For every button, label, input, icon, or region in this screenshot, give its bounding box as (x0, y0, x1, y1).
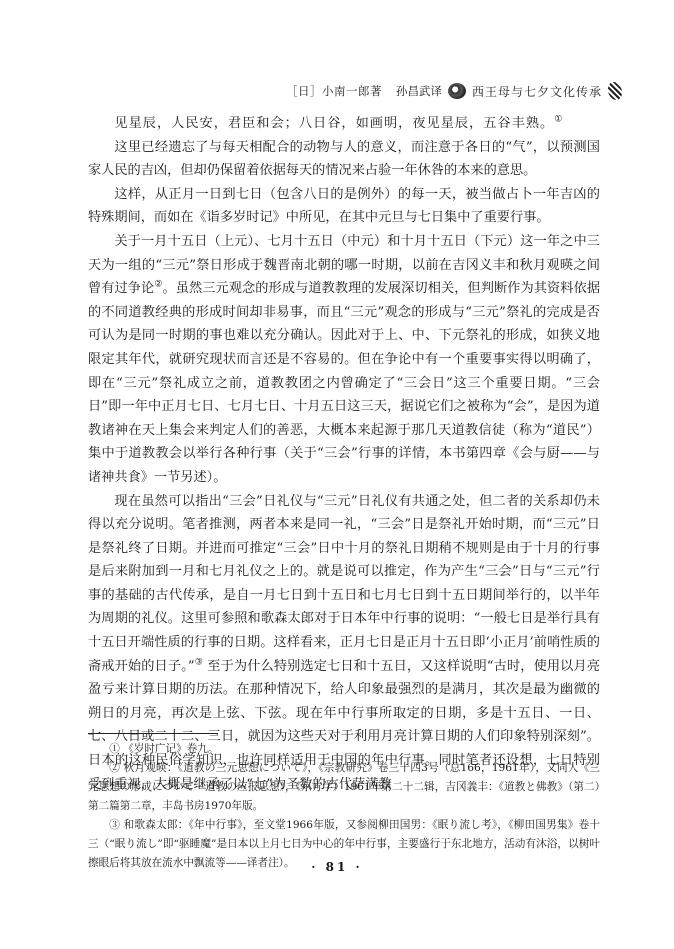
footnote-text: 《岁时广记》卷九。 (123, 743, 218, 755)
footnote-item: ① 《岁时广记》卷九。 (88, 740, 600, 759)
paragraph-text: 现在虽然可以指出“三会”日礼仪与“三元”日礼仪有共通之处，但二者的关系却仍未得以… (88, 494, 600, 674)
footnote-ref[interactable]: ③ (195, 657, 203, 667)
footnote-ref[interactable]: ① (554, 115, 563, 125)
footnotes: ① 《岁时广记》卷九。 ② 秋月观暎：《道教の三元思想について》，《宗教研究》卷… (88, 740, 600, 873)
header-book-title: 西王母与七夕文化传承 (472, 83, 602, 100)
footnote-marker: ② (109, 762, 120, 774)
footnote-divider (88, 733, 218, 734)
paragraph-text: 。虽然三元观念的形成与道教教理的发展深切相关，但判断作为其资料依据的不同道教经典… (88, 281, 600, 485)
paragraph: 这里已经遗忘了与每天相配合的动物与人的意义，而注意于各日的“气”，以预测国家人民… (88, 136, 600, 183)
footnote-marker: ③ (109, 819, 120, 831)
running-header: ［日］小南一郎著 孙昌武译 西王母与七夕文化传承 (286, 82, 622, 100)
paragraph: 这样，从正月一日到七日（包含八日的是例外）的每一天，被当做占卜一年吉凶的特殊期间… (88, 183, 600, 230)
paragraph-text: 见星辰，人民安，君臣和会；八日谷，如画明，夜见星辰，五谷丰熟。 (114, 116, 554, 131)
footnote-text: 秋月观暎：《道教の三元思想について》，《宗教研究》卷三十四3号（总166，196… (88, 762, 600, 812)
quote-paragraph: 见星辰，人民安，君臣和会；八日谷，如画明，夜见星辰，五谷丰熟。① (88, 112, 600, 136)
page-number: · 81 · (0, 860, 674, 874)
footnote-item: ② 秋月观暎：《道教の三元思想について》，《宗教研究》卷三十四3号（总166，1… (88, 759, 600, 816)
body-text: 见星辰，人民安，君臣和会；八日谷，如画明，夜见星辰，五谷丰熟。① 这里已经遗忘了… (88, 112, 600, 796)
paragraph: 关于一月十五日（上元）、七月十五日（中元）和十月十五日（下元）这一年之中三天为一… (88, 230, 600, 490)
footnote-marker: ① (109, 743, 120, 755)
decorative-ornament-icon (608, 82, 622, 100)
header-author: ［日］小南一郎著 (286, 83, 382, 99)
header-translator: 孙昌武译 (396, 83, 442, 99)
decorative-emblem-icon (448, 83, 466, 99)
